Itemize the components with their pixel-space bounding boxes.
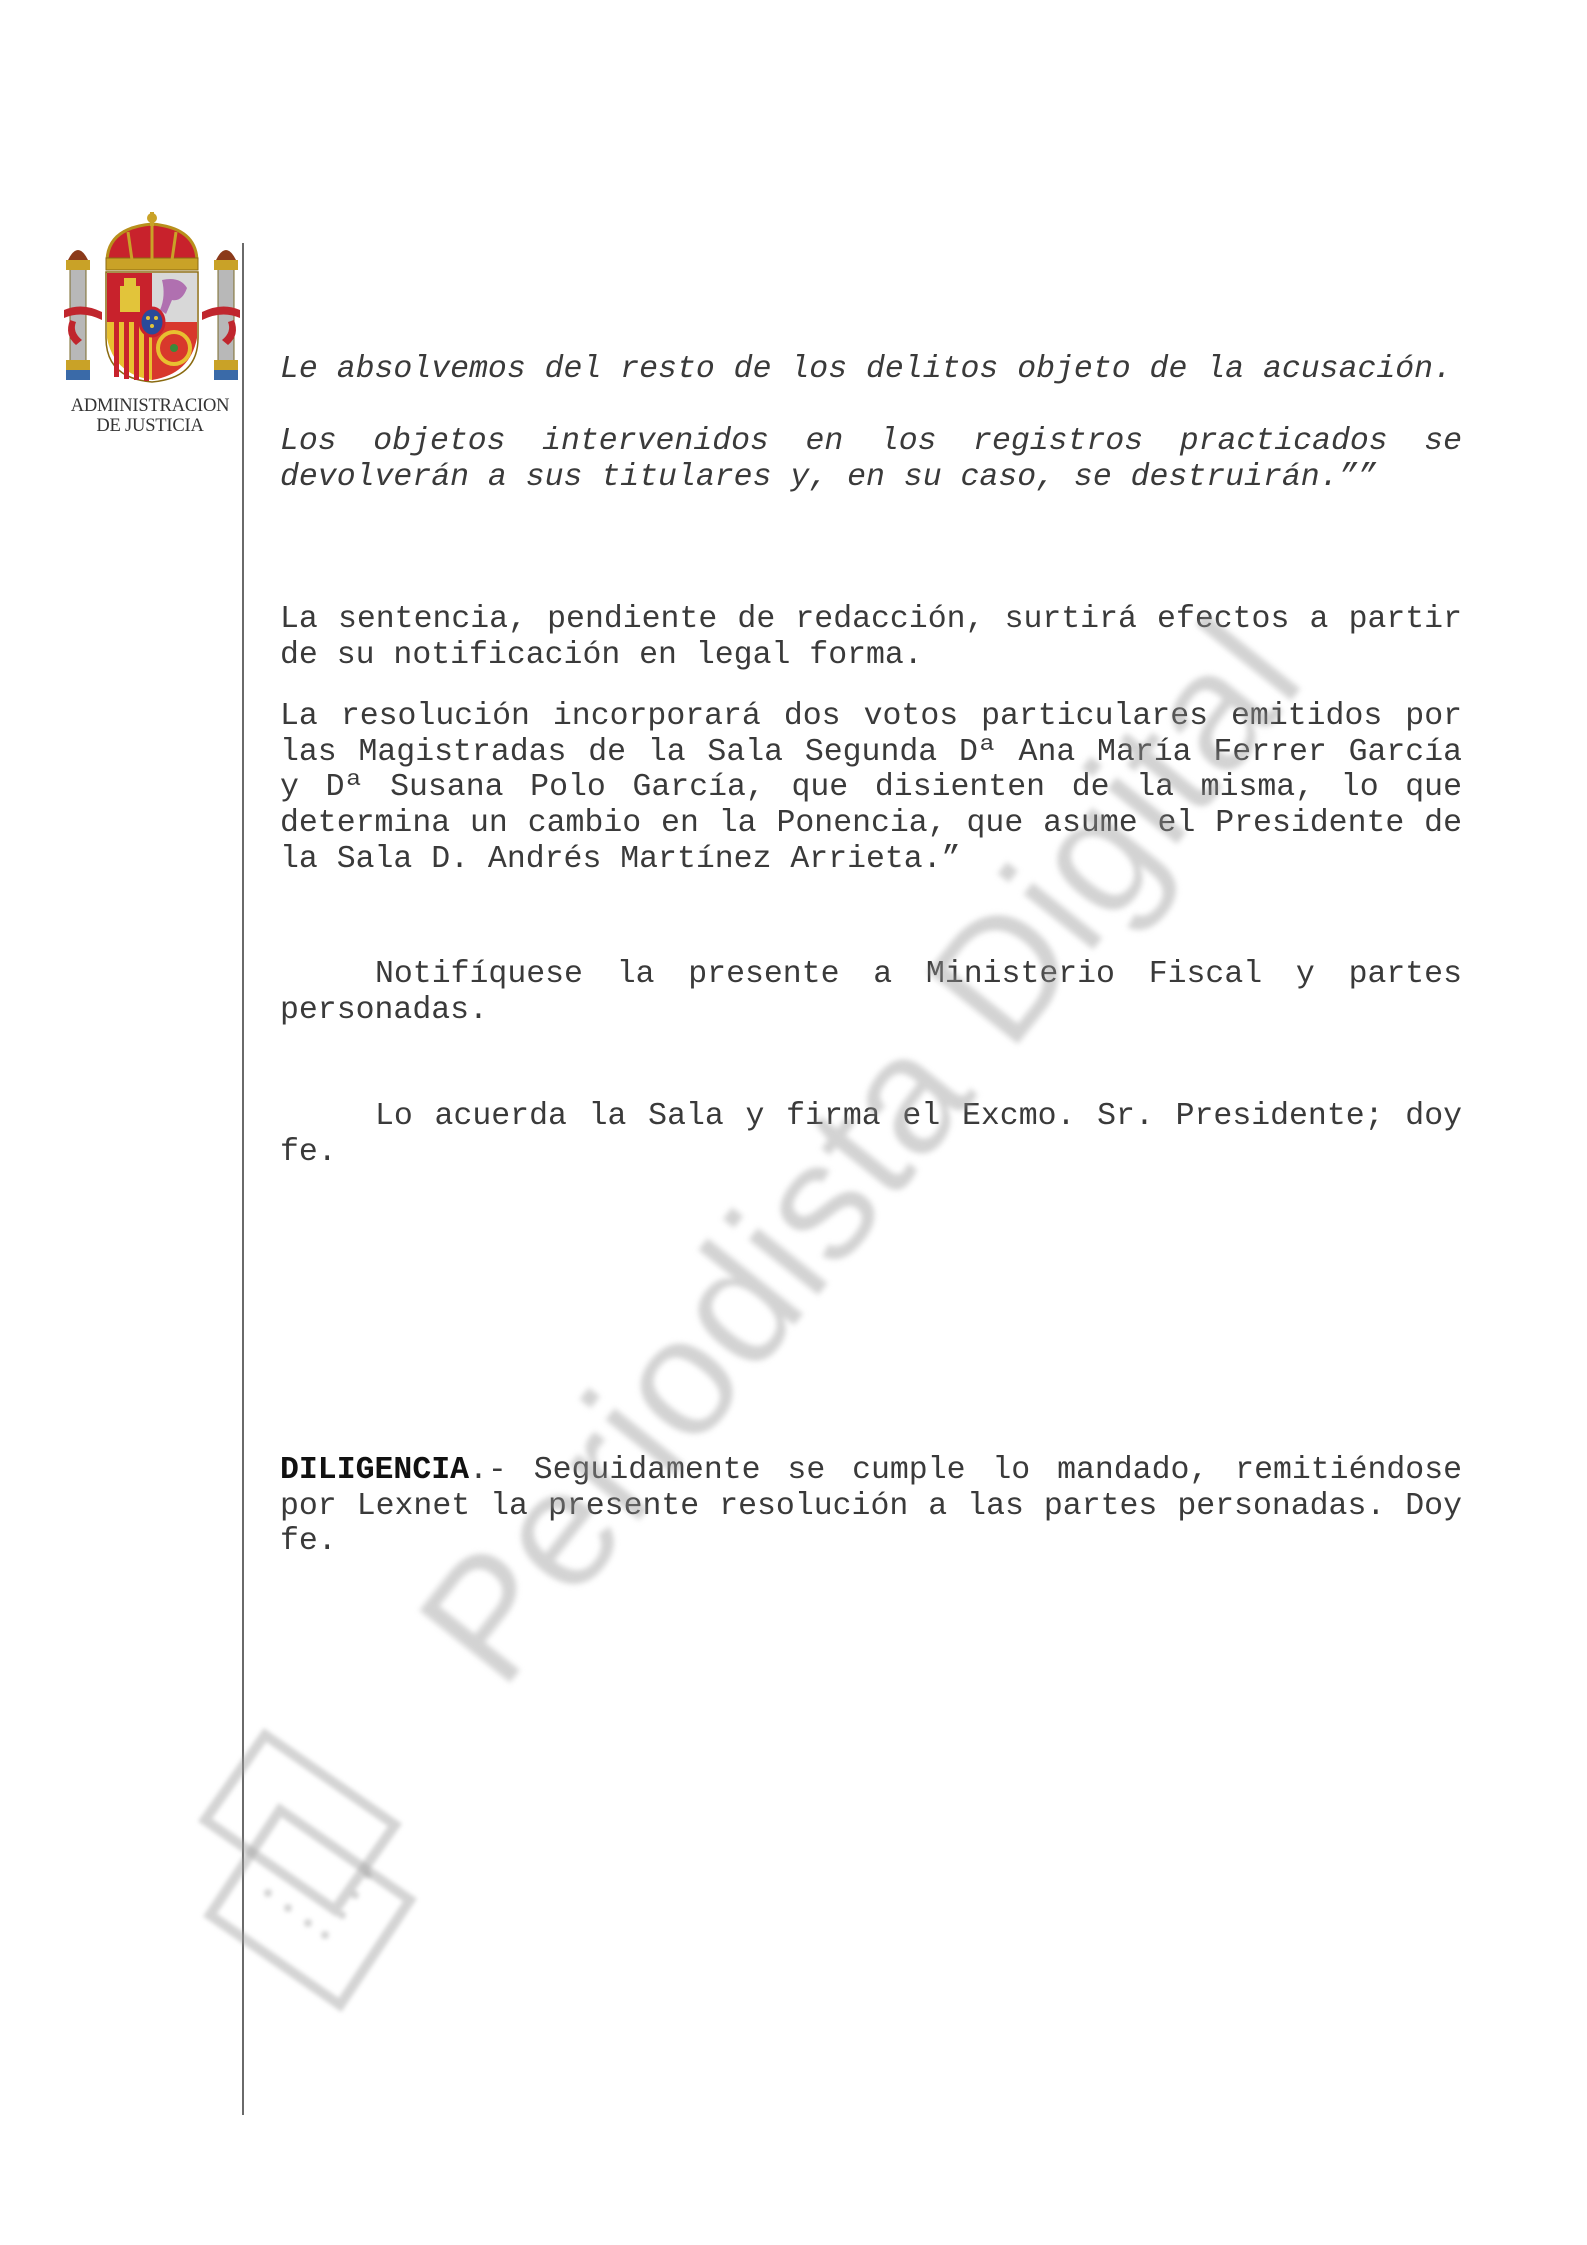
institution-name-line2: DE JUSTICIA [60,416,240,436]
margin-rule [242,243,244,2115]
paragraph-diligencia: DILIGENCIA.- Seguidamente se cumple lo m… [280,1453,1462,1560]
paragraph-seized-objects: Los objetos intervenidos en los registro… [280,424,1462,495]
paragraph-text: Le absolvemos del resto de los delitos o… [280,352,1462,388]
paragraph-text: Lo acuerda la Sala y firma el Excmo. Sr.… [280,1099,1462,1170]
paragraph-text: La resolución incorporará dos votos part… [280,699,1462,878]
document-page: ADMINISTRACION DE JUSTICIA Le absolvemos… [0,0,1587,2245]
periodista-digital-logo-icon [170,1705,470,2065]
paragraph-sentence-effects: La sentencia, pendiente de redacción, su… [280,602,1462,673]
paragraph-text: Los objetos intervenidos en los registro… [280,424,1462,495]
paragraph-text: La sentencia, pendiente de redacción, su… [280,602,1462,673]
paragraph-notification: Notifíquese la presente a Ministerio Fis… [280,957,1462,1028]
paragraph-text: Notifíquese la presente a Ministerio Fis… [280,957,1462,1028]
diligencia-label: DILIGENCIA [280,1453,469,1488]
paragraph-dissenting-votes: La resolución incorporará dos votos part… [280,699,1462,878]
paragraph-agreement: Lo acuerda la Sala y firma el Excmo. Sr.… [280,1099,1462,1170]
institution-name-line1: ADMINISTRACION [60,396,240,416]
paragraph-text: DILIGENCIA.- Seguidamente se cumple lo m… [280,1453,1462,1560]
spain-coat-of-arms-icon [62,210,242,390]
paragraph-absolution: Le absolvemos del resto de los delitos o… [280,352,1462,388]
